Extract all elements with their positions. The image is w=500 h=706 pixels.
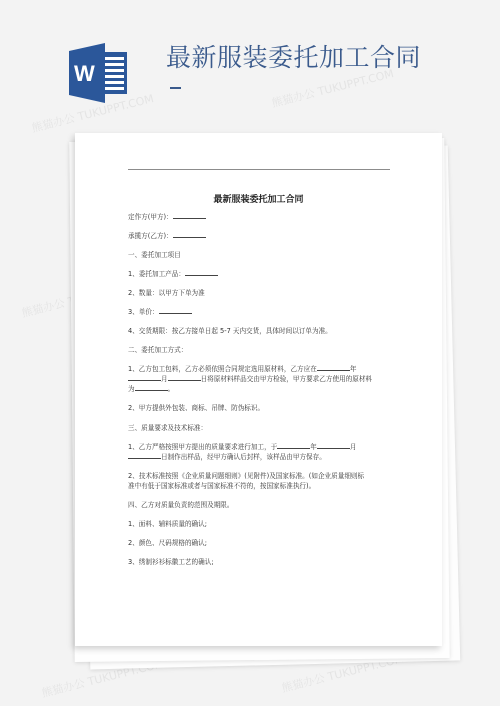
list-item-continued: 准中有低于国家标准或者与国家标准不符的，按国家标准执行)。 (128, 481, 315, 491)
list-item: 3、绣制衫衫标徽工艺的确认; (128, 557, 214, 567)
list-item: 1、委托加工产品： (128, 269, 218, 279)
list-item: 1、面料、辅料质量的确认; (128, 519, 207, 529)
list-item-continued: 为。 (128, 384, 174, 394)
section-heading: 三、质量要求及技术标准： (128, 423, 207, 433)
blank-field (135, 384, 168, 391)
list-item-continued: 日制作出样品，经甲方确认后封样，该样品由甲方保存。 (128, 452, 326, 462)
document-title: 最新服装委托加工合同 (75, 192, 442, 205)
document-page: 最新服装委托加工合同 定作方(甲方)： 承揽方(乙方)： 一、委托加工项目 1、… (75, 133, 442, 646)
word-document-icon: W (69, 43, 133, 103)
header-rule (128, 169, 390, 170)
party-a-line: 定作方(甲方)： (128, 212, 206, 222)
blank-field (173, 231, 206, 238)
list-item: 1、乙方包工包料，乙方必须依照合同规定选用原材料，乙方应在年 (128, 364, 356, 374)
section-heading: 二、委托加工方式： (128, 345, 187, 355)
list-item-continued: 月日将原材料样品交由甲方检验，甲方要求乙方使用的原材料 (128, 374, 372, 384)
blank-field (159, 307, 192, 314)
blank-field (317, 442, 350, 449)
blank-field (128, 374, 161, 381)
list-item: 2、颜色、尺码规格的确认; (128, 538, 207, 548)
section-heading: 四、乙方对质量负责的范围及期限。 (128, 500, 234, 510)
header-dash (170, 87, 181, 89)
page-header: W 最新服装委托加工合同 (0, 0, 500, 110)
blank-field (277, 442, 310, 449)
blank-field (168, 374, 201, 381)
blank-field (128, 452, 161, 459)
header-title: 最新服装委托加工合同 (166, 38, 421, 74)
list-item: 3、单价： (128, 307, 192, 317)
list-item: 2、技术标准按照《企业质量问题细则》(见附件)及国家标准。(如企业质量细则标 (128, 471, 364, 481)
list-item: 4、交货期限：按乙方接单日起 5-7 天内交货，具体时间以订单为准。 (128, 326, 332, 336)
list-item: 2、数量：以甲方下单为准 (128, 288, 205, 298)
blank-field (173, 212, 206, 219)
blank-field (185, 269, 218, 276)
list-item: 2、甲方提供外包装、商标、吊牌、防伪标识。 (128, 403, 264, 413)
party-b-line: 承揽方(乙方)： (128, 231, 206, 241)
list-item: 1、乙方严格按照甲方提出的质量要求进行加工，于年月 (128, 442, 356, 452)
section-heading: 一、委托加工项目 (128, 250, 181, 260)
svg-text:W: W (74, 61, 95, 86)
blank-field (317, 364, 350, 371)
